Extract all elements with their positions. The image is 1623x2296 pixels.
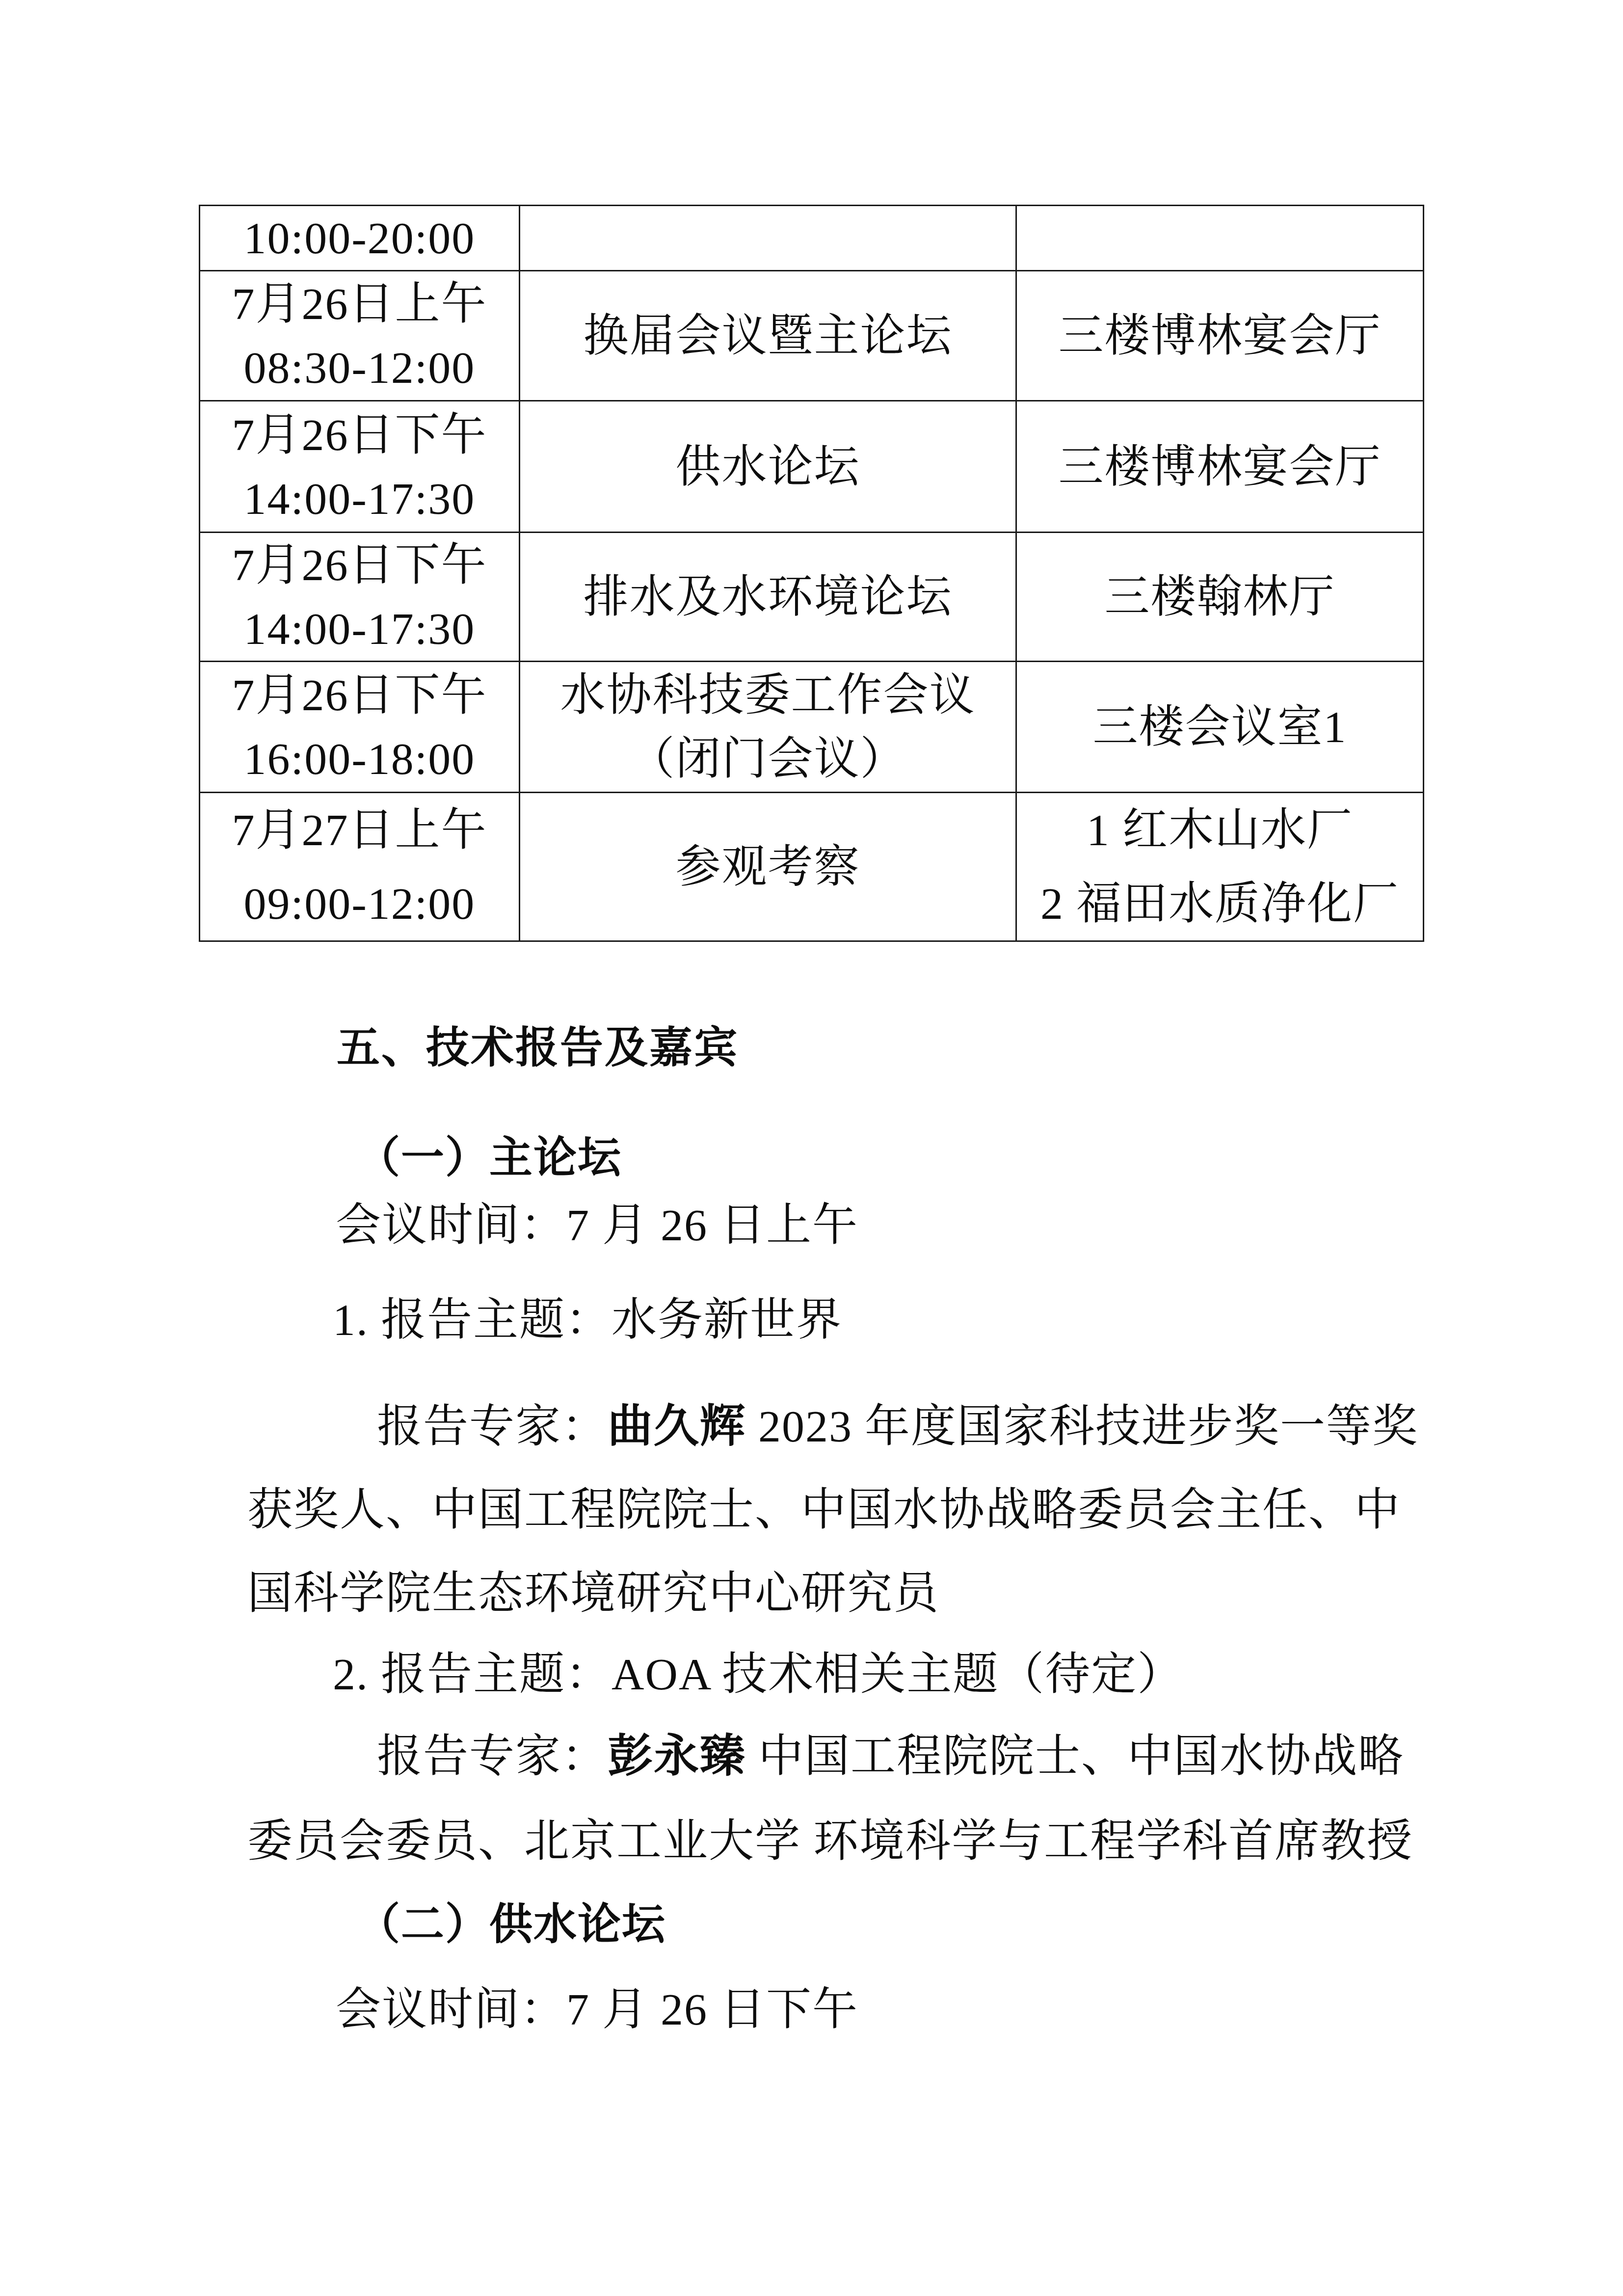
venue-cell: 三楼博林宴会厅 (1016, 401, 1424, 533)
forum1-expert2-line2: 委员会委员、北京工业大学 环境科学与工程学科首席教授 (247, 1818, 1413, 1864)
event-label: 排水及水环境论坛 (520, 565, 1015, 629)
venue-label: 三楼翰林厅 (1017, 565, 1423, 629)
date-label: 7月26日下午 (200, 403, 519, 467)
venue-label: 三楼会议室1 (1017, 695, 1423, 759)
date-label: 7月27日上午 (200, 793, 519, 867)
forum1-expert1-line2: 获奖人、中国工程院院士、中国水协战略委员会主任、中 (247, 1487, 1401, 1532)
time-range: 14:00-17:30 (200, 597, 519, 661)
venue-cell (1016, 206, 1424, 271)
event-cell: 换届会议暨主论坛 (520, 271, 1016, 401)
forum1-topic2: 2. 报告主题：AOA 技术相关主题（待定） (333, 1652, 1183, 1697)
expert-name: 曲久辉 (608, 1401, 746, 1451)
event-label: 参观考察 (520, 830, 1015, 904)
time-range: 14:00-17:30 (200, 467, 519, 531)
expert-prefix: 报告专家： (377, 1731, 608, 1781)
forum1-title: （一）主论坛 (357, 1137, 622, 1180)
table-row: 7月27日上午 09:00-12:00 参观考察 1 红木山水厂 2 福田水质净… (200, 793, 1424, 941)
time-cell: 7月26日上午 08:30-12:00 (200, 271, 520, 401)
event-cell: 供水论坛 (520, 401, 1016, 533)
schedule-table: 10:00-20:00 7月26日上午 08:30-12:00 换届会议暨主论坛… (199, 205, 1424, 942)
venue-label: 1 红木山水厂 (1017, 793, 1423, 867)
expert-prefix: 报告专家： (377, 1401, 608, 1451)
time-range: 08:30-12:00 (200, 336, 519, 400)
forum1-expert2-line1: 报告专家：彭永臻 中国工程院院士、中国水协战略 (377, 1734, 1404, 1779)
time-cell: 7月27日上午 09:00-12:00 (200, 793, 520, 941)
forum1-topic1: 1. 报告主题：水务新世界 (333, 1297, 842, 1342)
venue-label: 三楼博林宴会厅 (1017, 435, 1423, 499)
forum2-meeting-time: 会议时间：7 月 26 日下午 (336, 1987, 858, 2032)
event-cell: 水协科技委工作会议 （闭门会议） (520, 662, 1016, 793)
time-range: 10:00-20:00 (200, 206, 519, 270)
venue-cell: 三楼会议室1 (1016, 662, 1424, 793)
table-row: 10:00-20:00 (200, 206, 1424, 271)
time-range: 09:00-12:00 (200, 867, 519, 940)
venue-label-line2: 2 福田水质净化厂 (1017, 867, 1423, 940)
venue-cell: 三楼博林宴会厅 (1016, 271, 1424, 401)
expert-name: 彭永臻 (608, 1731, 746, 1781)
date-label: 7月26日上午 (200, 272, 519, 336)
time-cell: 7月26日下午 14:00-17:30 (200, 533, 520, 662)
time-range: 16:00-18:00 (200, 727, 519, 791)
forum1-meeting-time: 会议时间：7 月 26 日上午 (336, 1202, 858, 1248)
table-row: 7月26日上午 08:30-12:00 换届会议暨主论坛 三楼博林宴会厅 (200, 271, 1424, 401)
date-label: 7月26日下午 (200, 663, 519, 727)
forum1-expert1-line1: 报告专家：曲久辉 2023 年度国家科技进步奖一等奖 (377, 1404, 1418, 1449)
time-cell: 7月26日下午 16:00-18:00 (200, 662, 520, 793)
venue-cell: 1 红木山水厂 2 福田水质净化厂 (1016, 793, 1424, 941)
time-cell: 7月26日下午 14:00-17:30 (200, 401, 520, 533)
event-cell: 参观考察 (520, 793, 1016, 941)
expert-credentials: 2023 年度国家科技进步奖一等奖 (746, 1401, 1418, 1451)
date-label: 7月26日下午 (200, 533, 519, 597)
event-label: 供水论坛 (520, 435, 1015, 499)
time-cell: 10:00-20:00 (200, 206, 520, 271)
table-row: 7月26日下午 16:00-18:00 水协科技委工作会议 （闭门会议） 三楼会… (200, 662, 1424, 793)
venue-label: 三楼博林宴会厅 (1017, 304, 1423, 368)
expert-credentials: 中国工程院院士、中国水协战略 (746, 1731, 1404, 1781)
event-label: 水协科技委工作会议 (520, 663, 1015, 727)
event-label: 换届会议暨主论坛 (520, 304, 1015, 368)
table-row: 7月26日下午 14:00-17:30 供水论坛 三楼博林宴会厅 (200, 401, 1424, 533)
section-heading: 五、技术报告及嘉宾 (337, 1026, 739, 1069)
forum2-title: （二）供水论坛 (357, 1903, 666, 1947)
event-cell: 排水及水环境论坛 (520, 533, 1016, 662)
event-label-line2: （闭门会议） (520, 727, 1015, 791)
event-cell (520, 206, 1016, 271)
table-row: 7月26日下午 14:00-17:30 排水及水环境论坛 三楼翰林厅 (200, 533, 1424, 662)
forum1-expert1-line3: 国科学院生态环境研究中心研究员 (247, 1571, 939, 1616)
venue-cell: 三楼翰林厅 (1016, 533, 1424, 662)
document-page: 10:00-20:00 7月26日上午 08:30-12:00 换届会议暨主论坛… (0, 0, 1623, 2296)
